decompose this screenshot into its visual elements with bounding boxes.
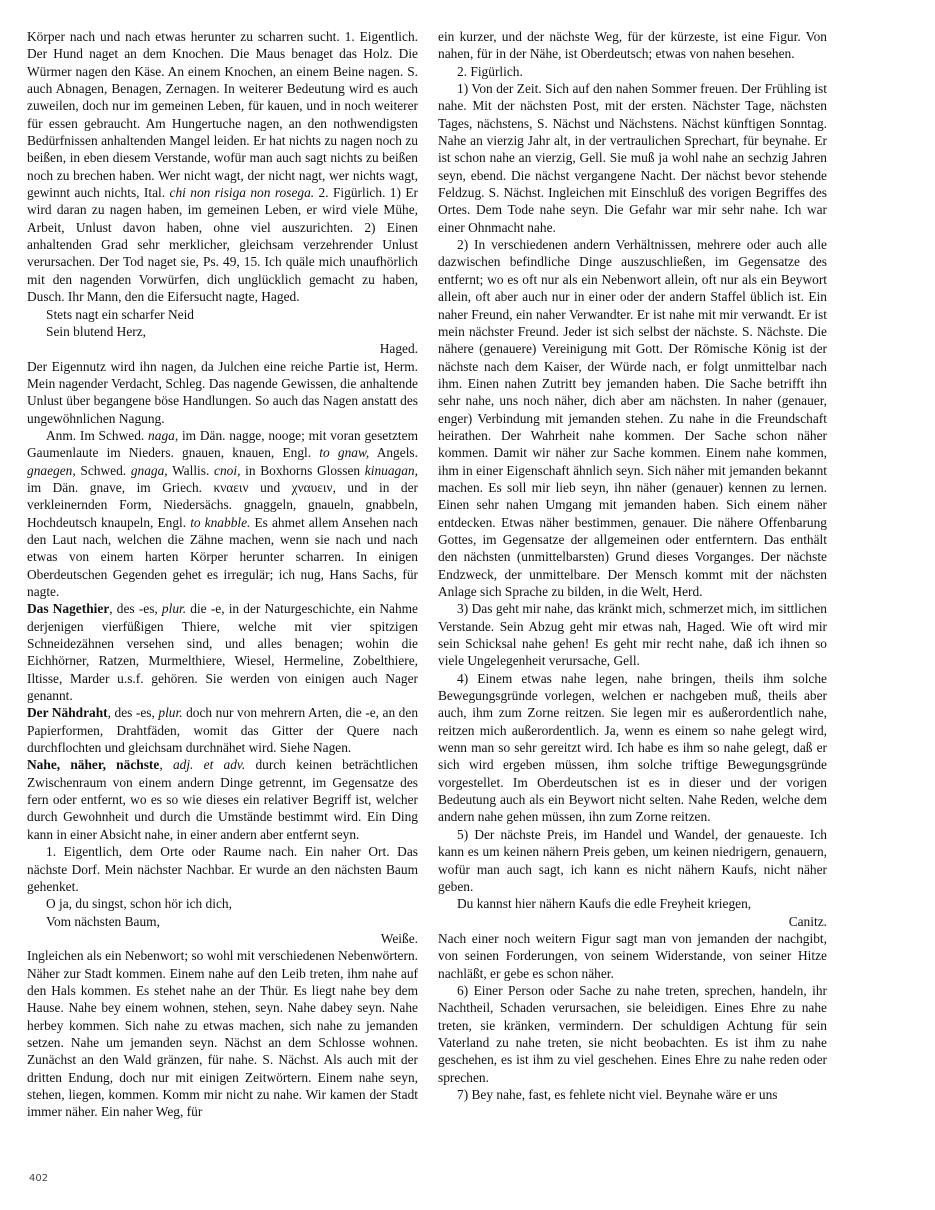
sense-3: 3) Das geht mir nahe, das kränkt mich, s… — [438, 600, 827, 669]
verse-line: Du kannst hier nähern Kaufs die edle Fre… — [438, 895, 827, 912]
verse-author: Canitz. — [438, 913, 827, 930]
text-run: , des -es, — [109, 601, 162, 616]
sense-7: 7) Bey nahe, fast, es fehlete nicht viel… — [438, 1086, 827, 1103]
definition-text: die -e, in der Naturgeschichte, ein Nahm… — [27, 601, 418, 703]
foreign-word: to knabble. — [190, 515, 250, 530]
right-column: ein kurzer, und der nächste Weg, für der… — [438, 28, 827, 1103]
verse-author: Weiße. — [27, 930, 418, 947]
headword: Der Nähdraht — [27, 705, 108, 720]
foreign-word: to gnaw, — [319, 445, 369, 460]
foreign-word: gnaga, — [131, 463, 168, 478]
paragraph-nach: Nach einer noch weitern Figur sagt man v… — [438, 930, 827, 982]
text-run: Anm. Im Schwed. — [46, 428, 148, 443]
verse-line: Vom nächsten Baum, — [27, 913, 418, 930]
italian-proverb: chi non risiga non rosega. — [170, 185, 315, 200]
verse-author: Haged. — [27, 340, 418, 357]
sense-4: 4) Einem etwas nahe legen, nahe bringen,… — [438, 670, 827, 826]
foreign-word: kinuagan, — [365, 463, 418, 478]
sense-5: 5) Der nächste Preis, im Handel und Wand… — [438, 826, 827, 895]
text-run: , des -es, — [108, 705, 159, 720]
annotation-paragraph: Anm. Im Schwed. naga, im Dän. nagge, noo… — [27, 427, 418, 600]
headword: Das Nagethier — [27, 601, 109, 616]
entry-nahe: Nahe, näher, nächste, adj. et adv. durch… — [27, 756, 418, 843]
grammar-label: adj. et adv. — [173, 757, 245, 772]
page-number: 402 — [29, 1173, 48, 1184]
text-run: 2. Figürlich. 1) Er wird daran zu nagen … — [27, 185, 418, 304]
foreign-word: naga, — [148, 428, 178, 443]
sense-2: 2) In verschiedenen andern Verhältnissen… — [438, 236, 827, 600]
foreign-word: cnoi, — [214, 463, 240, 478]
text-run: Angels. — [369, 445, 418, 460]
paragraph-eigentlich: 1. Eigentlich, dem Orte oder Raume nach.… — [27, 843, 418, 895]
text-run: in Boxhorns Glossen — [240, 463, 364, 478]
text-run: Schwed. — [76, 463, 131, 478]
paragraph-continued: ein kurzer, und der nächste Weg, für der… — [438, 28, 827, 63]
entry-naehdraht: Der Nähdraht, des -es, plur. doch nur vo… — [27, 704, 418, 756]
grammar-label: plur. — [162, 601, 186, 616]
verse-line: Sein blutend Herz, — [27, 323, 418, 340]
left-column: Körper nach und nach etwas herunter zu s… — [27, 28, 418, 1121]
entry-nagethier: Das Nagethier, des -es, plur. die -e, in… — [27, 600, 418, 704]
verse-line: Stets nagt ein scharfer Neid — [27, 306, 418, 323]
text-run: Körper nach und nach etwas herunter zu s… — [27, 29, 418, 200]
sense-6: 6) Einer Person oder Sache zu nahe trete… — [438, 982, 827, 1086]
verse-line: O ja, du singst, schon hör ich dich, — [27, 895, 418, 912]
section-figuerlich: 2. Figürlich. — [438, 63, 827, 80]
foreign-word: gnaegen, — [27, 463, 76, 478]
headword: Nahe, näher, nächste — [27, 757, 159, 772]
paragraph-ingleichen: Ingleichen als ein Nebenwort; so wohl mi… — [27, 947, 418, 1120]
paragraph-nagen-continued: Körper nach und nach etwas herunter zu s… — [27, 28, 418, 306]
sense-1: 1) Von der Zeit. Sich auf den nahen Somm… — [438, 80, 827, 236]
text-run: Wallis. — [168, 463, 214, 478]
grammar-label: plur. — [158, 705, 182, 720]
dictionary-page: Körper nach und nach etwas herunter zu s… — [0, 0, 935, 1210]
paragraph-eigennutz: Der Eigennutz wird ihn nagen, da Julchen… — [27, 358, 418, 427]
